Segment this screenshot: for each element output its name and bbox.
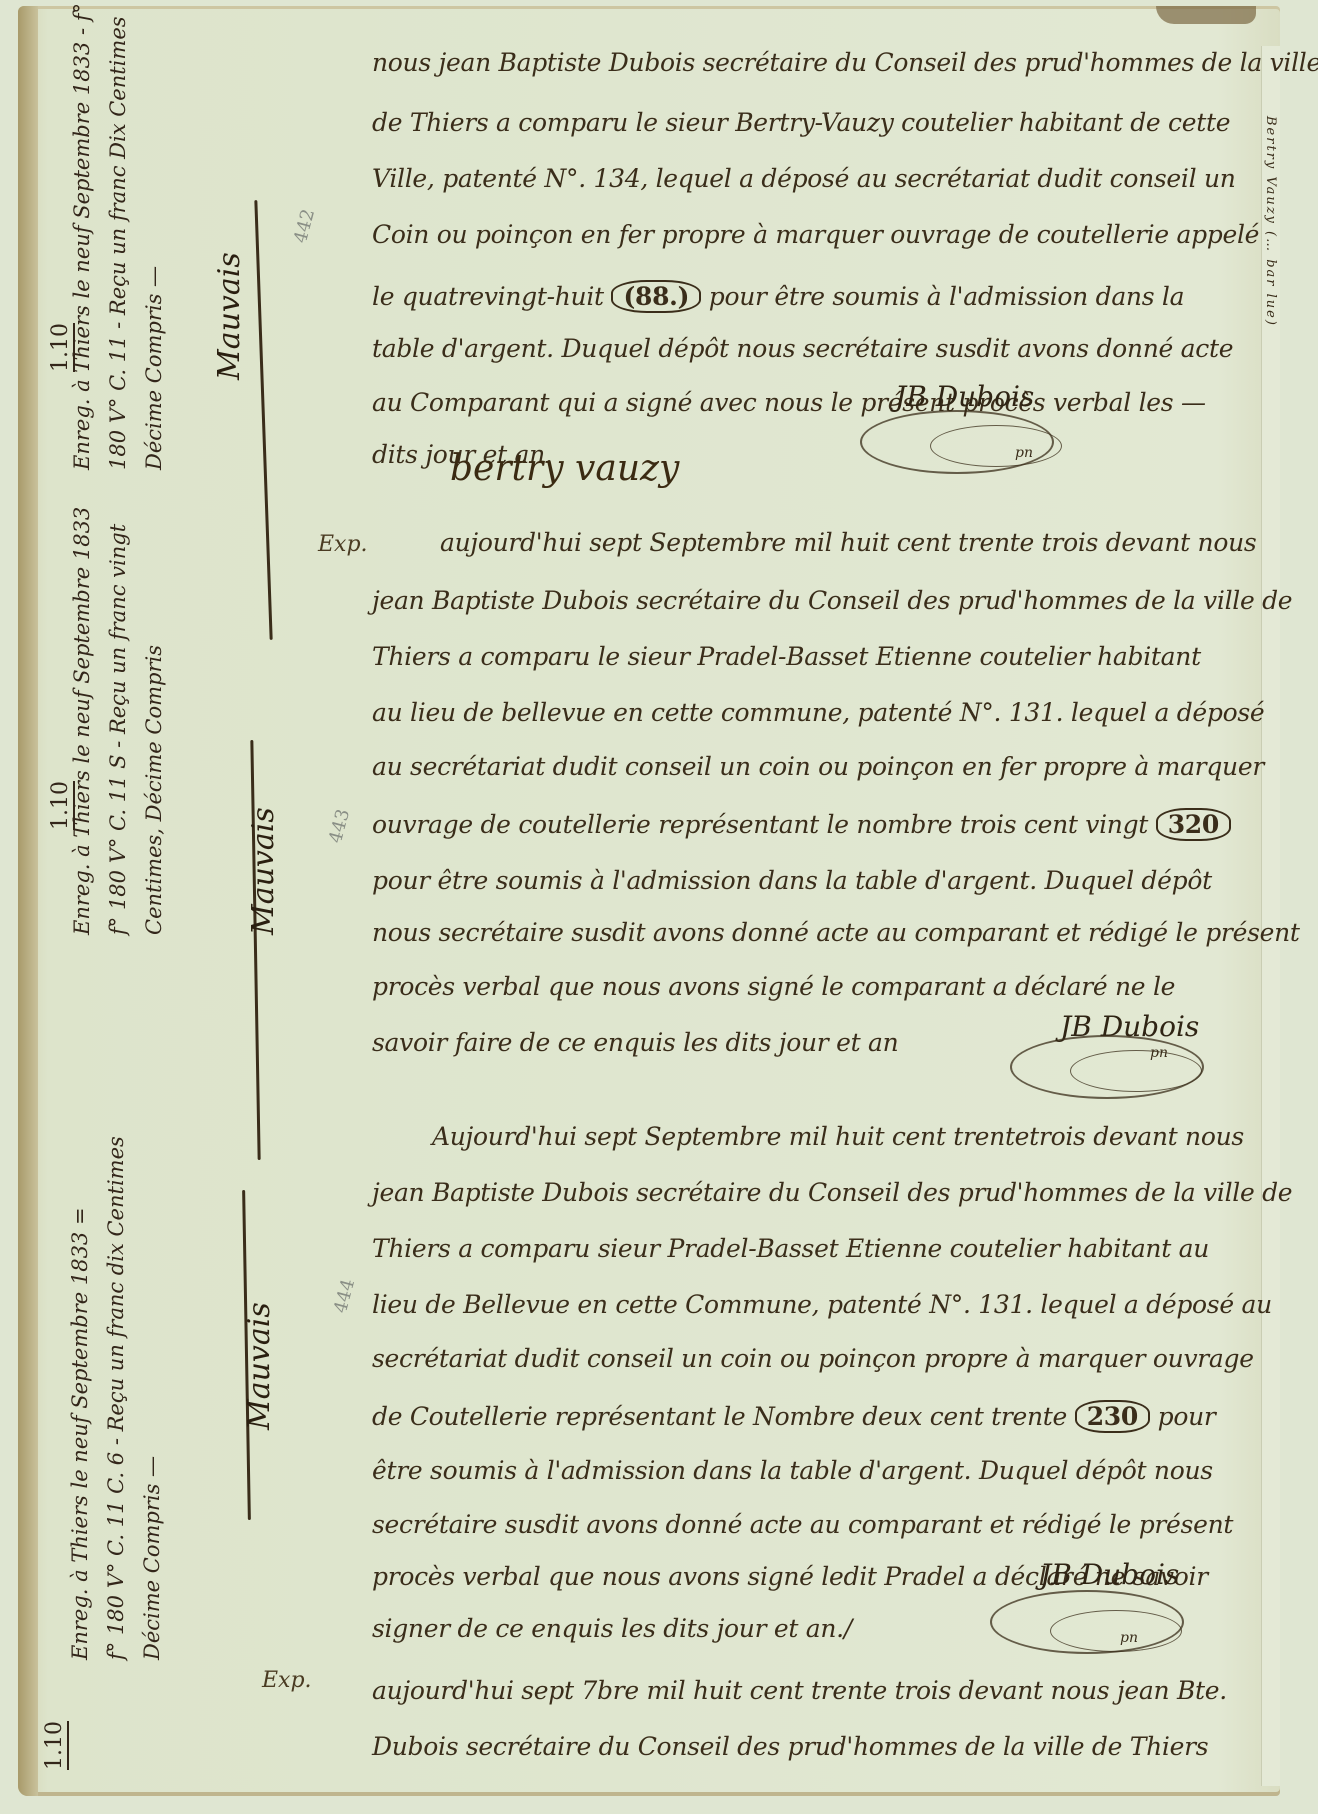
text-line: Thiers a comparu le sieur Pradel-Basset … — [372, 642, 1201, 671]
text-line: procès verbal que nous avons signé le co… — [372, 972, 1175, 1001]
text-line: au lieu de bellevue en cette commune, pa… — [372, 698, 1264, 727]
edge-note: Bertry Vauzy (… bar lue) — [1263, 116, 1278, 327]
page-binding-edge — [18, 6, 38, 1796]
margin-clerk-signature: Mauvais — [212, 252, 247, 380]
text-line: de Coutellerie représentant le Nombre de… — [372, 1400, 1216, 1433]
signature-dubois: JB Dubois — [1040, 1558, 1179, 1591]
mark-number: 320 — [1156, 808, 1231, 841]
text-line: secrétariat dudit conseil un coin ou poi… — [372, 1344, 1254, 1373]
text-line: nous secrétaire susdit avons donné acte … — [372, 918, 1300, 947]
margin-clerk-signature: Mauvais — [246, 807, 281, 935]
text-line: jean Baptiste Dubois secrétaire du Conse… — [372, 1178, 1292, 1207]
text-line: être soumis à l'admission dans la table … — [372, 1456, 1213, 1485]
exp-label: Exp. — [318, 532, 368, 557]
signature-flourish — [1070, 1050, 1202, 1092]
adjacent-page-edge: Bertry Vauzy (… bar lue) — [1261, 46, 1280, 1786]
text-line: Ville, patenté N°. 134, lequel a déposé … — [372, 164, 1236, 193]
text-line: savoir faire de ce enquis les dits jour … — [372, 1028, 898, 1057]
exp-label: Exp. — [262, 1668, 312, 1693]
text-line: jean Baptiste Dubois secrétaire du Conse… — [372, 586, 1292, 615]
text-line: aujourd'hui sept Septembre mil huit cent… — [440, 528, 1256, 557]
margin-registration-note: Enreg. à Thiers le neuf Septembre 1833 -… — [64, 3, 172, 470]
signature-dubois: JB Dubois — [895, 380, 1034, 413]
mark-number: 230 — [1075, 1400, 1150, 1433]
text-line: aujourd'hui sept 7bre mil huit cent tren… — [372, 1676, 1227, 1705]
text-line: le quatrevingt-huit (88.) pour être soum… — [372, 280, 1184, 313]
text-line: de Thiers a comparu le sieur Bertry-Vauz… — [372, 108, 1230, 137]
text-line: pour être soumis à l'admission dans la t… — [372, 866, 1212, 895]
margin-registration-note: Enreg. à Thiers le neuf Septembre 1833 f… — [64, 507, 172, 935]
text-line: ouvrage de coutellerie représentant le n… — [372, 808, 1231, 841]
text-line: signer de ce enquis les dits jour et an.… — [372, 1614, 852, 1643]
text-line: nous jean Baptiste Dubois secrétaire du … — [372, 48, 1318, 77]
signature-flourish — [930, 425, 1062, 467]
torn-corner — [1156, 6, 1256, 24]
text-line: Thiers a comparu sieur Pradel-Basset Eti… — [372, 1234, 1209, 1263]
entry-heading: bertry vauzy — [450, 448, 679, 489]
margin-registration-note: Enreg. à Thiers le neuf Septembre 1833 =… — [62, 1136, 170, 1660]
text-line: lieu de Bellevue en cette Commune, paten… — [372, 1290, 1272, 1319]
text-line: secrétaire susdit avons donné acte au co… — [372, 1510, 1233, 1539]
text-line: Dubois secrétaire du Conseil des prud'ho… — [372, 1732, 1208, 1761]
margin-clerk-signature: Mauvais — [242, 1302, 277, 1430]
text-line: Coin ou poinçon en fer propre à marquer … — [372, 220, 1259, 249]
text-line: Aujourd'hui sept Septembre mil huit cent… — [432, 1122, 1244, 1151]
mark-number: (88.) — [611, 280, 701, 313]
paraph-mark: pn — [1015, 445, 1033, 461]
paraph-mark: pn — [1150, 1045, 1168, 1061]
text-line: au secrétariat dudit conseil un coin ou … — [372, 752, 1264, 781]
text-line: table d'argent. Duquel dépôt nous secrét… — [372, 334, 1233, 363]
text-line: au Comparant qui a signé avec nous le pr… — [372, 388, 1206, 417]
margin-fee: 1.10 — [42, 1721, 67, 1770]
paraph-mark: pn — [1120, 1630, 1138, 1646]
signature-flourish — [1050, 1610, 1182, 1652]
